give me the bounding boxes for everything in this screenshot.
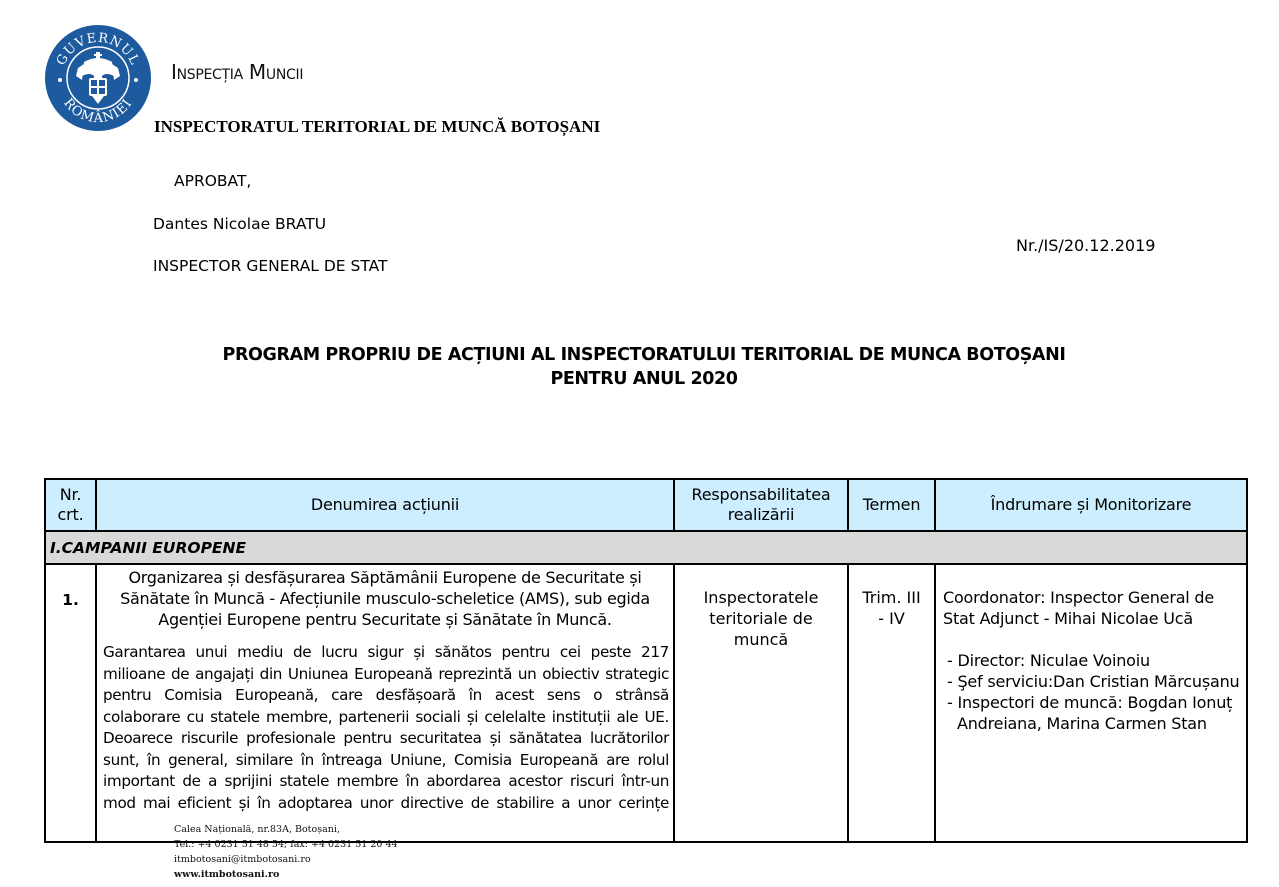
document-title: PROGRAM PROPRIU DE ACȚIUNI AL INSPECTORA…	[0, 343, 1279, 391]
footer-phone: Tel.: +4 0231 51 48 54; fax: +4 0231 51 …	[174, 837, 398, 852]
monitoring-item: - Şef serviciu:Dan Cristian Mărcușanu	[943, 671, 1240, 692]
section-row: I.CAMPANII EUROPENE	[45, 531, 1247, 564]
monitoring-list: - Director: Niculae Voinoiu - Şef servic…	[943, 650, 1240, 734]
column-header-nr: Nr. crt.	[45, 479, 96, 531]
government-of-romania-seal-icon: GUVERNUL ROMÂNIEI	[44, 24, 152, 132]
monitoring-item: - Director: Niculae Voinoiu	[943, 650, 1240, 671]
responsibility-cell: Inspectoratele teritoriale de muncă	[674, 564, 848, 842]
table-row: 1. Organizarea și desfășurarea Săptămâni…	[45, 564, 1247, 842]
approval-label: APROBAT,	[174, 172, 251, 190]
footer-email[interactable]: itmbotosani@itmbotosani.ro	[174, 852, 398, 867]
column-header-action: Denumirea acțiunii	[96, 479, 674, 531]
column-header-term: Termen	[848, 479, 935, 531]
action-program-table: Nr. crt. Denumirea acțiunii Responsabili…	[44, 478, 1248, 843]
section-title: I.CAMPANII EUROPENE	[45, 531, 1247, 564]
action-title: Organizarea și desfășurarea Săptămânii E…	[97, 565, 673, 630]
action-cell: Organizarea și desfășurarea Săptămânii E…	[96, 564, 674, 842]
row-number: 1.	[45, 564, 96, 842]
agency-brand-name: Inspecția Muncii	[171, 60, 303, 84]
footer-website-link[interactable]: www.itmbotosani.ro	[174, 867, 398, 882]
institution-name: INSPECTORATUL TERITORIAL DE MUNCĂ BOTOȘA…	[154, 117, 600, 137]
monitoring-coordinator: Coordonator: Inspector General de Stat A…	[943, 587, 1240, 629]
monitoring-cell: Coordonator: Inspector General de Stat A…	[935, 564, 1247, 842]
document-number: Nr./IS/20.12.2019	[1016, 236, 1155, 255]
page-footer: Calea Națională, nr.83A, Botoșani, Tel.:…	[174, 822, 398, 882]
action-description: Garantarea unui mediu de lucru sigur și …	[97, 630, 673, 815]
approver-title: INSPECTOR GENERAL DE STAT	[153, 257, 387, 275]
document-title-line-1: PROGRAM PROPRIU DE ACȚIUNI AL INSPECTORA…	[0, 343, 1279, 367]
footer-address: Calea Națională, nr.83A, Botoșani,	[174, 822, 398, 837]
approver-name: Dantes Nicolae BRATU	[153, 215, 326, 233]
column-header-responsibility: Responsabilitatea realizării	[674, 479, 848, 531]
term-cell: Trim. III - IV	[848, 564, 935, 842]
monitoring-item: - Inspectori de muncă: Bogdan Ionuț Andr…	[943, 692, 1240, 734]
column-header-monitoring: Îndrumare și Monitorizare	[935, 479, 1247, 531]
table-header-row: Nr. crt. Denumirea acțiunii Responsabili…	[45, 479, 1247, 531]
document-title-line-2: PENTRU ANUL 2020	[0, 367, 1279, 391]
